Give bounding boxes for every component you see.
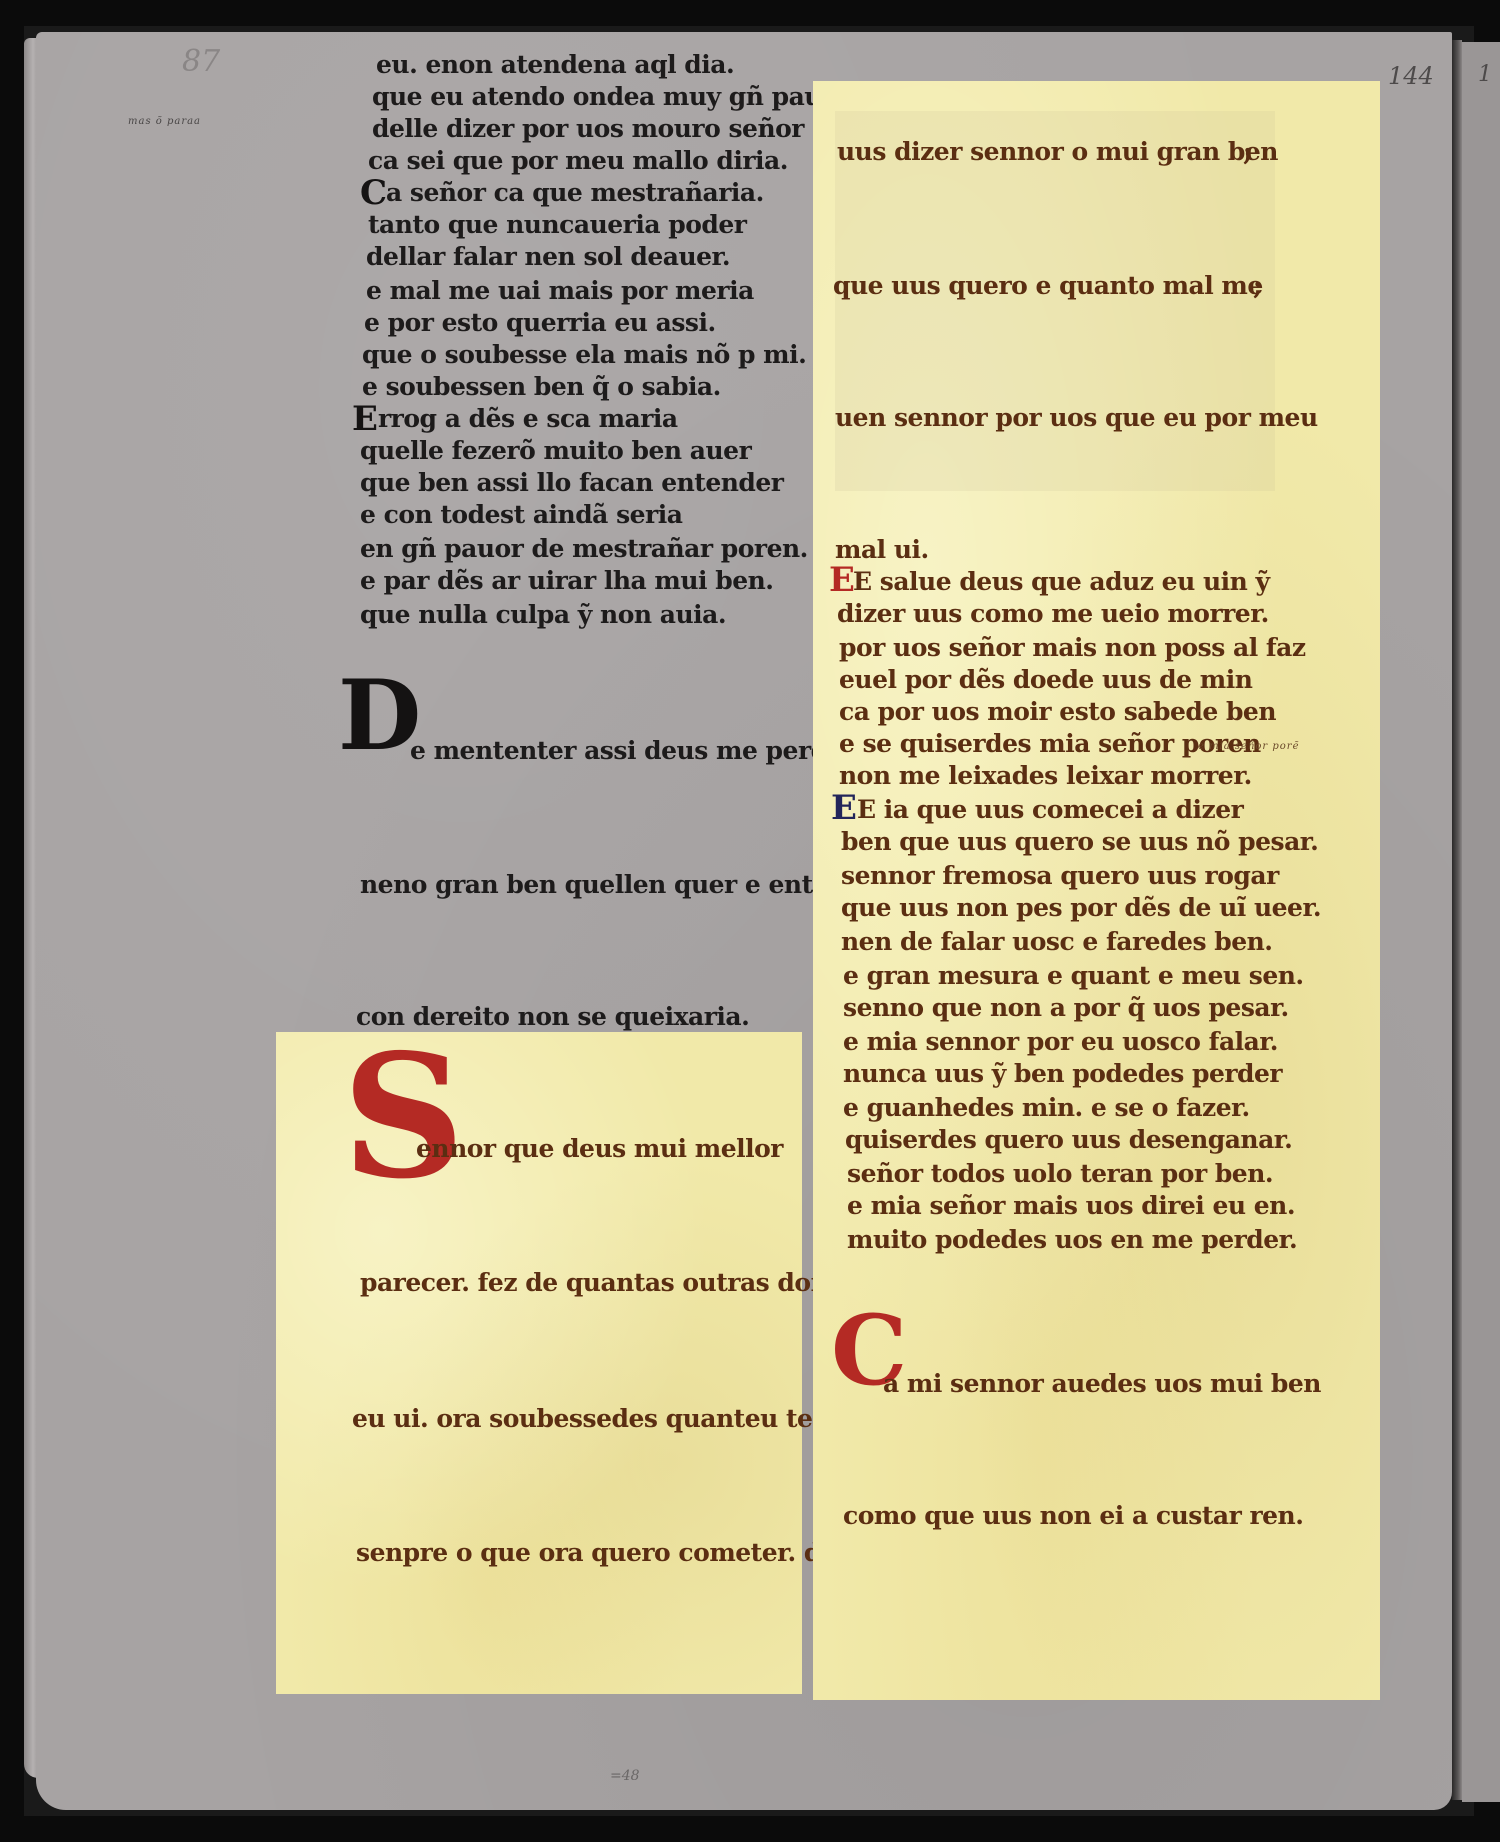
text-line: quiserdes quero uus desenganar. bbox=[845, 1125, 1292, 1154]
text-line: senno que non a por q̃ uos pesar. bbox=[843, 993, 1289, 1022]
initial-E-blue: E bbox=[831, 791, 857, 825]
text-line: e mia señor mais uos direi eu en. bbox=[847, 1191, 1295, 1220]
text-line: e soubessen ben q̃ o sabia. bbox=[362, 372, 721, 401]
text-line: que uus non pes por dẽs de uĩ ueer. bbox=[841, 893, 1321, 922]
margin-note-left: mas õ paraa bbox=[128, 116, 201, 127]
offset-shadow bbox=[835, 111, 1275, 491]
text-line: dellar falar nen sol deauer. bbox=[366, 242, 730, 271]
text-line: e par dẽs ar uirar lha mui ben. bbox=[360, 566, 774, 595]
text-line: e mia sennor por eu uosco falar. bbox=[843, 1027, 1278, 1056]
text-line: euel por dẽs doede uus de min bbox=[839, 665, 1252, 694]
text-line: E salue deus que aduz eu uin ỹ bbox=[853, 567, 1270, 596]
gutter bbox=[1452, 40, 1462, 1800]
initial-D: D bbox=[338, 668, 421, 764]
text-line: muito podedes uos en me perder. bbox=[847, 1225, 1297, 1254]
next-folio-fragment: 1 bbox=[1478, 62, 1492, 87]
highlight-panel-left: S ennor que deus mui mellor parecer. fez… bbox=[276, 1032, 802, 1694]
text-line: sennor fremosa quero uus rogar bbox=[841, 861, 1279, 890]
text-line: que o soubesse ela mais nõ p mi. bbox=[362, 340, 806, 369]
initial-E-red: E bbox=[829, 563, 855, 597]
text-line: ca sei que por meu mallo diria. bbox=[368, 146, 788, 175]
text-line: uen sennor por uos que eu por meu bbox=[835, 403, 1318, 432]
text-line: e por esto querria eu assi. bbox=[364, 308, 716, 337]
text-line: uus dizer sennor o mui gran ben bbox=[837, 137, 1278, 166]
text-line: señor todos uolo teran por ben. bbox=[847, 1159, 1273, 1188]
text-line: a señor ca que mestrañaria. bbox=[386, 178, 764, 207]
text-mark: ; bbox=[1243, 137, 1252, 166]
text-line: en gñ pauor de mestrañar poren. bbox=[360, 534, 808, 563]
faint-folio: 87 bbox=[182, 44, 220, 79]
text-line: que nulla culpa ỹ non auia. bbox=[360, 600, 726, 629]
bottom-note: =48 bbox=[610, 1768, 640, 1784]
margin-note-right: e mia señor porẽ bbox=[1198, 741, 1300, 752]
text-line: ben que uus quero se uus nõ pesar. bbox=[841, 827, 1318, 856]
next-page-edge bbox=[1462, 42, 1500, 1802]
text-line: quelle fezerõ muito ben auer bbox=[360, 436, 751, 465]
text-line: e mententer assi deus me perdon. bbox=[410, 736, 870, 765]
text-line: que eu atendo ondea muy gñ pauor bbox=[372, 82, 851, 111]
text-line: non me leixades leixar morrer. bbox=[839, 761, 1252, 790]
text-line: parecer. fez de quantas outras donas bbox=[360, 1268, 858, 1297]
text-line: por uos señor mais non poss al faz bbox=[839, 633, 1306, 662]
highlight-panel-right: uus dizer sennor o mui gran ben ; que uu… bbox=[813, 81, 1380, 1700]
text-line: senpre o que ora quero cometer. de bbox=[356, 1538, 836, 1567]
text-line: e gran mesura e quant e meu sen. bbox=[843, 961, 1304, 990]
text-mark: ; bbox=[1253, 271, 1262, 300]
text-line: eu ui. ora soubessedes quanteu temi bbox=[352, 1404, 847, 1433]
text-line: ennor que deus mui mellor bbox=[416, 1134, 783, 1163]
initial-C: C bbox=[360, 176, 387, 210]
text-line: a mi sennor auedes uos mui ben bbox=[883, 1369, 1321, 1398]
text-line: delle dizer por uos mouro señor bbox=[372, 114, 804, 143]
text-line: nen de falar uosc e faredes ben. bbox=[841, 927, 1273, 956]
text-line: nunca uus ỹ ben podedes perder bbox=[843, 1059, 1282, 1088]
text-line: como que uus non ei a custar ren. bbox=[843, 1501, 1303, 1530]
text-line: que ben assi llo facan entender bbox=[360, 468, 783, 497]
text-line: dizer uus como me ueio morrer. bbox=[837, 599, 1269, 628]
folio-number: 144 bbox=[1388, 62, 1434, 90]
text-line: neno gran ben quellen quer e entõ. bbox=[360, 870, 837, 899]
text-line: ca por uos moir esto sabede ben bbox=[839, 697, 1276, 726]
text-line: e mal me uai mais por meria bbox=[366, 276, 754, 305]
text-line: tanto que nuncaueria poder bbox=[368, 210, 746, 239]
initial-S: S bbox=[342, 1032, 465, 1202]
text-line: eu. enon atendena aql dia. bbox=[376, 50, 734, 79]
text-line: e con todest aindã seria bbox=[360, 500, 682, 529]
text-line: E ia que uus comecei a dizer bbox=[857, 795, 1243, 824]
text-line: que uus quero e quanto mal me bbox=[833, 271, 1263, 300]
initial-E: E bbox=[352, 402, 378, 436]
text-line: rrog a dẽs e sca maria bbox=[378, 404, 678, 433]
text-line: e guanhedes min. e se o fazer. bbox=[843, 1093, 1250, 1122]
